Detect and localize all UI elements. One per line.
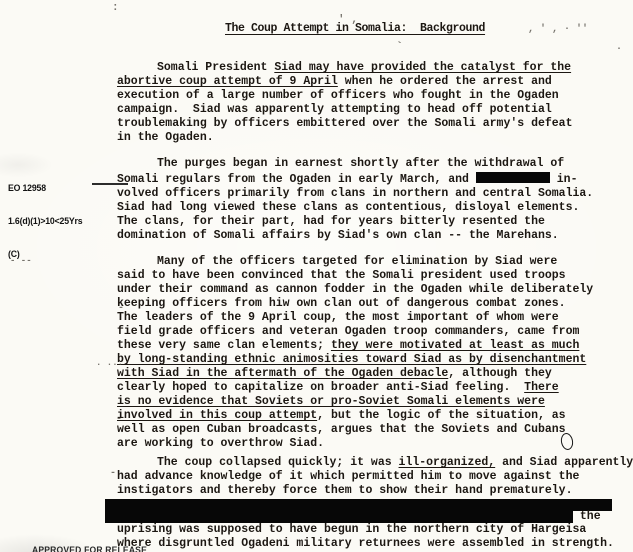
- text-line: field grade officers and veteran Ogaden …: [117, 325, 633, 339]
- scan-mark: -: [116, 414, 122, 425]
- underlined-text: they were motivated at least as much: [331, 339, 579, 352]
- text-line: these very same clan elements; they were…: [117, 339, 633, 353]
- text-line: abortive coup attempt of 9 April when he…: [117, 75, 633, 89]
- text-line: Siad had long viewed these clans as cont…: [117, 201, 633, 215]
- text-line: with Siad in the aftermath of the Ogaden…: [117, 367, 633, 381]
- text-line: is no evidence that Soviets or pro-Sovie…: [117, 395, 633, 409]
- document-body: The Coup Attempt in Somalia: Background …: [117, 22, 633, 551]
- scan-mark: -: [110, 468, 116, 479]
- scan-mark: -: [118, 303, 124, 314]
- text-segment: instigators and thereby force them to sh…: [117, 484, 572, 497]
- text-line: The purges began in earnest shortly afte…: [117, 157, 633, 171]
- text-line: campaign. Siad was apparently attempting…: [117, 103, 633, 117]
- approved-for-release-stamp: APPROVED FOR RELEASE: [32, 545, 147, 552]
- text-segment: when he ordered the arrest and: [338, 75, 552, 88]
- text-segment: The leaders of the 9 April coup, the mos…: [117, 311, 559, 324]
- text-segment: , but the logic of the situation, as: [317, 409, 565, 422]
- text-segment: troublemaking by officers embittered ove…: [117, 117, 572, 130]
- text-segment: and Siad apparently: [495, 456, 633, 469]
- text-segment: uprising was supposed to have begun in t…: [117, 523, 586, 536]
- text-line: execution of a large number of officers …: [117, 89, 633, 103]
- text-segment: volved officers primarily from clans in …: [117, 187, 593, 200]
- page: EO 12958 1.6(d)(1)>10<25Yrs (C) The Coup…: [0, 0, 633, 552]
- text-line: under their command as cannon fodder in …: [117, 283, 633, 297]
- text-line: [105, 499, 633, 511]
- text-line: The clans, for their part, had for years…: [117, 215, 633, 229]
- text-line: by long-standing ethnic animosities towa…: [117, 353, 633, 367]
- text-segment: field grade officers and veteran Ogaden …: [117, 325, 579, 338]
- text-segment: well as open Cuban broadcasts, argues th…: [117, 423, 566, 436]
- text-segment: said to have been convinced that the Som…: [117, 269, 566, 282]
- underlined-text: by long-standing ethnic animosities towa…: [117, 353, 586, 366]
- underlined-text: with Siad in the aftermath of the Ogaden…: [117, 367, 448, 380]
- text-line: where disgruntled Ogadeni military retur…: [117, 537, 633, 551]
- stamp-line-exemption: 1.6(d)(1)>10<25Yrs: [8, 216, 82, 227]
- text-segment: The coup collapsed quickly; it was: [157, 456, 399, 469]
- text-line: are working to overthrow Siad.: [117, 437, 633, 451]
- text-segment: Many of the officers targeted for elimin…: [157, 255, 557, 268]
- redaction-bar: [105, 499, 612, 511]
- scan-mark: ·: [616, 44, 622, 55]
- text-segment: execution of a large number of officers …: [117, 89, 559, 102]
- text-line: Many of the officers targeted for elimin…: [117, 255, 633, 269]
- text-line: had advance knowledge of it which permit…: [117, 470, 633, 484]
- scan-mark: - --: [10, 256, 32, 266]
- paragraph: The coup collapsed quickly; it was ill-o…: [117, 456, 633, 498]
- text-line: involved in this coup attempt, but the l…: [117, 409, 633, 423]
- text-segment: The purges began in earnest shortly afte…: [157, 157, 564, 170]
- text-segment: domination of Somali affairs by Siad's o…: [117, 229, 559, 242]
- text-line: The coup collapsed quickly; it was ill-o…: [117, 456, 633, 470]
- text-segment: Siad had long viewed these clans as cont…: [117, 201, 579, 214]
- underlined-text: Siad may have provided the catalyst for …: [274, 61, 571, 74]
- paragraph: theuprising was supposed to have begun i…: [117, 499, 633, 551]
- paragraph: Many of the officers targeted for elimin…: [117, 255, 633, 451]
- text-segment: the: [573, 510, 601, 523]
- text-line: The leaders of the 9 April coup, the mos…: [117, 311, 633, 325]
- text-line: well as open Cuban broadcasts, argues th…: [117, 423, 633, 437]
- scan-mark: , ' , · '': [528, 24, 588, 35]
- text-line: the: [105, 511, 633, 523]
- text-segment: in the Ogaden.: [117, 131, 214, 144]
- text-segment: Somali President: [157, 61, 274, 74]
- text-line: Somali President Siad may have provided …: [117, 61, 633, 75]
- underlined-text: is no evidence that Soviets or pro-Sovie…: [117, 395, 545, 408]
- text-segment: these very same clan elements;: [117, 339, 331, 352]
- text-line: instigators and thereby force them to sh…: [117, 484, 633, 498]
- text-segment: are working to overthrow Siad.: [117, 437, 324, 450]
- scan-mark: `: [396, 40, 403, 54]
- underlined-text: abortive coup attempt of 9 April: [117, 75, 338, 88]
- paragraph: The purges began in earnest shortly afte…: [117, 157, 633, 243]
- text-line: volved officers primarily from clans in …: [117, 187, 633, 201]
- text-segment: where disgruntled Ogadeni military retur…: [117, 537, 614, 550]
- text-line: said to have been convinced that the Som…: [117, 269, 633, 283]
- text-segment: Somali regulars from the Ogaden in early…: [117, 173, 476, 186]
- text-line: in the Ogaden.: [117, 131, 633, 145]
- text-segment: keeping officers from hiw own clan out o…: [117, 297, 566, 310]
- redaction-bar: [105, 511, 573, 523]
- paragraph: Somali President Siad may have provided …: [117, 61, 633, 145]
- underlined-text: involved in this coup attempt: [117, 409, 317, 422]
- stamp-line-eo: EO 12958: [8, 183, 82, 194]
- scan-mark: · ···: [96, 360, 123, 370]
- text-line: keeping officers from hiw own clan out o…: [117, 297, 633, 311]
- text-segment: in-: [550, 173, 578, 186]
- text-segment: under their command as cannon fodder in …: [117, 283, 593, 296]
- scan-mark: :: [112, 2, 119, 14]
- text-line: clearly hoped to capitalize on broader a…: [117, 381, 633, 395]
- text-segment: clearly hoped to capitalize on broader a…: [117, 381, 524, 394]
- underlined-text: ill-organized,: [399, 456, 496, 469]
- text-segment: , although they: [448, 367, 552, 380]
- text-segment: campaign. Siad was apparently attempting…: [117, 103, 552, 116]
- text-segment: The clans, for their part, had for years…: [117, 215, 545, 228]
- text-line: Somali regulars from the Ogaden in early…: [117, 171, 633, 187]
- redaction-bar: [476, 172, 550, 183]
- underlined-text: There: [524, 381, 559, 394]
- text-line: troublemaking by officers embittered ove…: [117, 117, 633, 131]
- text-line: domination of Somali affairs by Siad's o…: [117, 229, 633, 243]
- text-segment: had advance knowledge of it which permit…: [117, 470, 579, 483]
- scan-mark: ' ,: [338, 14, 358, 26]
- text-line: uprising was supposed to have begun in t…: [117, 523, 633, 537]
